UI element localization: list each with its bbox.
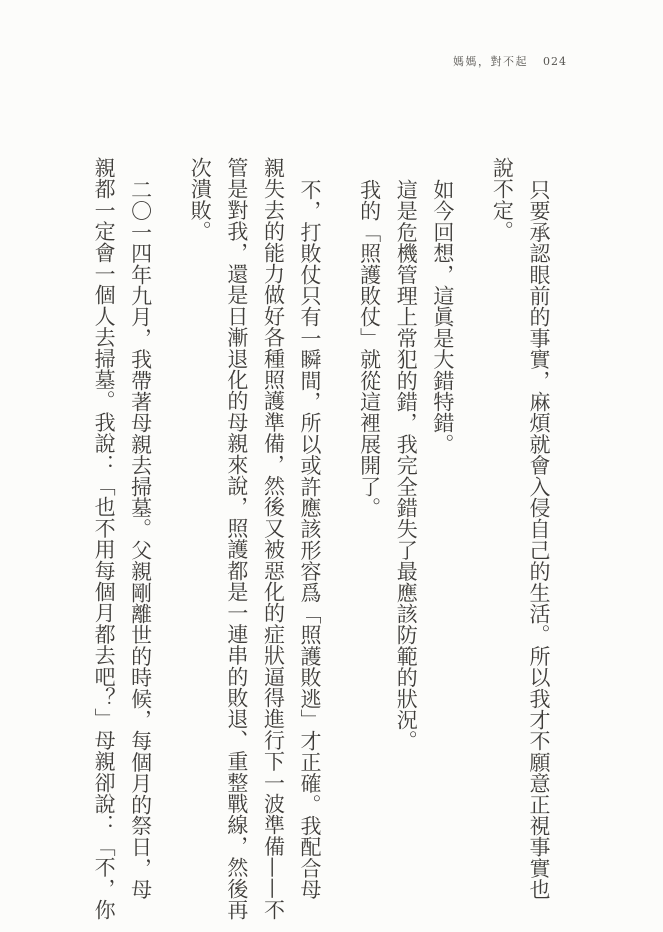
page-number: 024 — [543, 55, 567, 68]
book-page: 媽媽，對不起024 只要承認眼前的事實，麻煩就會入侵自己的生活。所以我才不願意正… — [0, 0, 663, 932]
paragraph-group: 二〇一四年九月，我帶著母親去掃墓。父親剛離世的時候，每個月的祭日，母親都一定會一… — [85, 157, 158, 931]
text-column: 二〇一四年九月，我帶著母親去掃墓。父親剛離世的時候，每個月的祭日，母 — [122, 157, 159, 931]
text-column: 管是對我，還是日漸退化的母親來說，照護都是一連串的敗退、重整戰線，然後再 — [218, 157, 255, 931]
text-column: 說不定。 — [484, 157, 521, 931]
text-column: 只要承認眼前的事實，麻煩就會入侵自己的生活。所以我才不願意正視事實也 — [520, 157, 557, 931]
text-column: 如今回想，這眞是大錯特錯。 — [424, 157, 461, 931]
paragraph-group: 不，打敗仗只有一瞬間，所以或許應該形容爲「照護敗逃」才正確。我配合母親失去的能力… — [182, 157, 328, 931]
text-column: 這是危機管理上常犯的錯，我完全錯失了最應該防範的狀況。 — [388, 157, 425, 931]
paragraph-group: 如今回想，這眞是大錯特錯。這是危機管理上常犯的錯，我完全錯失了最應該防範的狀況。… — [351, 157, 461, 931]
text-column: 親失去的能力做好各種照護準備，然後又被惡化的症狀逼得進行下一波準備——不 — [255, 157, 292, 931]
running-header: 媽媽，對不起024 — [453, 53, 567, 69]
text-column: 我的「照護敗仗」就從這裡展開了。 — [351, 157, 388, 931]
text-column: 親都一定會一個人去掃墓。我說：「也不用每個月都去吧？」母親卻說：「不，你 — [85, 157, 122, 931]
text-column: 不，打敗仗只有一瞬間，所以或許應該形容爲「照護敗逃」才正確。我配合母 — [291, 157, 328, 931]
text-column: 次潰敗。 — [182, 157, 219, 931]
page-body: 只要承認眼前的事實，麻煩就會入侵自己的生活。所以我才不願意正視事實也說不定。如今… — [85, 157, 557, 931]
running-title: 媽媽，對不起 — [453, 55, 528, 68]
paragraph-group: 只要承認眼前的事實，麻煩就會入侵自己的生活。所以我才不願意正視事實也說不定。 — [484, 157, 557, 931]
